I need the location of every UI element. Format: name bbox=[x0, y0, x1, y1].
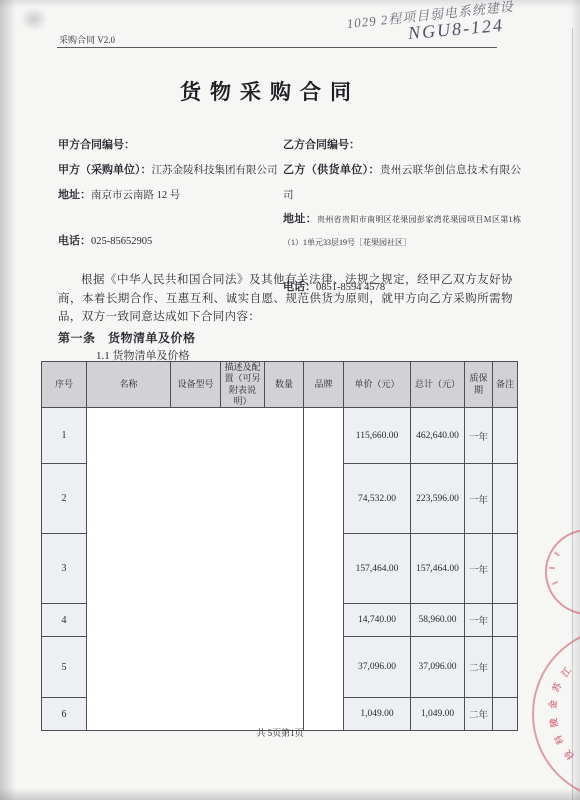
col-header-name: 名称 bbox=[87, 362, 171, 408]
scan-smudge bbox=[20, 7, 48, 31]
col-header-description: 描述及配置（可另附表说明） bbox=[221, 362, 265, 408]
party-a-block: 甲方合同编号： 甲方（采购单位）：江苏金陵科技集团有限公司 地址：南京市云南路 … bbox=[58, 133, 280, 254]
form-version-label: 采购合同 V2.0 bbox=[59, 33, 115, 46]
total-cell: 37,096.00 bbox=[411, 637, 465, 698]
company-seal-stamp bbox=[532, 627, 580, 800]
unit-price-cell: 74,532.00 bbox=[344, 464, 411, 534]
remark-cell bbox=[493, 604, 518, 637]
col-header-quantity: 数量 bbox=[265, 362, 304, 408]
col-header-unit-price: 单价（元） bbox=[344, 362, 411, 408]
table-header-row: 序号 名称 设备型号 描述及配置（可另附表说明） 数量 品牌 单价（元） 总计（… bbox=[42, 362, 518, 408]
row-index: 5 bbox=[42, 637, 87, 698]
party-a-contract-no: 甲方合同编号： bbox=[58, 133, 280, 158]
total-cell: 58,960.00 bbox=[411, 604, 465, 637]
warranty-cell: 一年 bbox=[465, 534, 493, 604]
seal-character: 金 bbox=[549, 700, 559, 710]
total-cell: 223,596.00 bbox=[411, 464, 465, 534]
remark-cell bbox=[493, 464, 518, 534]
unit-price-cell: 115,660.00 bbox=[344, 408, 411, 464]
party-a-name: 甲方（采购单位）：江苏金陵科技集团有限公司 bbox=[58, 158, 280, 183]
total-cell: 157,464.00 bbox=[411, 534, 465, 604]
party-a-phone: 电话：025-85652905 bbox=[58, 229, 280, 254]
col-header-model: 设备型号 bbox=[171, 362, 221, 408]
table-row: 1 115,660.00 462,640.00 一年 bbox=[42, 408, 518, 464]
seal-character: 陵 bbox=[549, 717, 559, 727]
unit-price-cell: 157,464.00 bbox=[344, 534, 411, 604]
warranty-cell: 一年 bbox=[465, 408, 493, 464]
col-header-brand: 品牌 bbox=[304, 362, 344, 408]
page-number-footer: 共 5页第1页 bbox=[0, 726, 560, 739]
seal-mark bbox=[549, 567, 555, 570]
total-cell: 462,640.00 bbox=[411, 408, 465, 464]
unit-price-cell: 37,096.00 bbox=[344, 637, 411, 698]
remark-cell bbox=[493, 408, 518, 464]
redacted-brand-column bbox=[304, 408, 344, 731]
row-index: 1 bbox=[42, 408, 87, 464]
scanned-contract-page: 采购合同 V2.0 1029 2程项目弱电系统建设 NGU8-124 货物采购合… bbox=[0, 0, 580, 800]
scan-edge-left bbox=[0, 0, 16, 800]
party-b-address: 地址：贵州省贵阳市南明区花果园彭家湾花果园项目Ｍ区第1栋（1）1单元33层19号… bbox=[283, 208, 521, 254]
row-index: 2 bbox=[42, 464, 87, 534]
warranty-cell: 二年 bbox=[465, 637, 493, 698]
row-index: 3 bbox=[42, 534, 87, 604]
col-header-total: 总计（元） bbox=[411, 362, 465, 408]
header-rule bbox=[57, 47, 497, 48]
col-header-remark: 备注 bbox=[493, 362, 518, 408]
contract-preamble: 根据《中华人民共和国合同法》及其他有关法律、法规之规定，经甲乙双方友好协商，本着… bbox=[58, 271, 513, 327]
party-a-address: 地址：南京市云南路 12 号 bbox=[58, 183, 280, 208]
warranty-cell: 一年 bbox=[465, 464, 493, 534]
row-index: 4 bbox=[42, 604, 87, 637]
col-header-index: 序号 bbox=[42, 362, 87, 408]
col-header-warranty: 质保期 bbox=[465, 362, 493, 408]
goods-list-table: 序号 名称 设备型号 描述及配置（可另附表说明） 数量 品牌 单价（元） 总计（… bbox=[41, 361, 518, 731]
clause-1-heading: 第一条 货物清单及价格 bbox=[58, 329, 196, 346]
unit-price-cell: 14,740.00 bbox=[344, 604, 411, 637]
redacted-items-area bbox=[87, 408, 304, 731]
party-b-name: 乙方（供货单位）：贵州云联华创信息技术有限公司 bbox=[283, 158, 521, 208]
remark-cell bbox=[493, 534, 518, 604]
party-b-contract-no: 乙方合同编号： bbox=[283, 133, 521, 158]
warranty-cell: 一年 bbox=[465, 604, 493, 637]
scan-edge-bottom bbox=[0, 788, 580, 800]
remark-cell bbox=[493, 637, 518, 698]
contract-title: 货物采购合同 bbox=[110, 76, 430, 106]
red-seal-stamp-small bbox=[545, 529, 580, 615]
